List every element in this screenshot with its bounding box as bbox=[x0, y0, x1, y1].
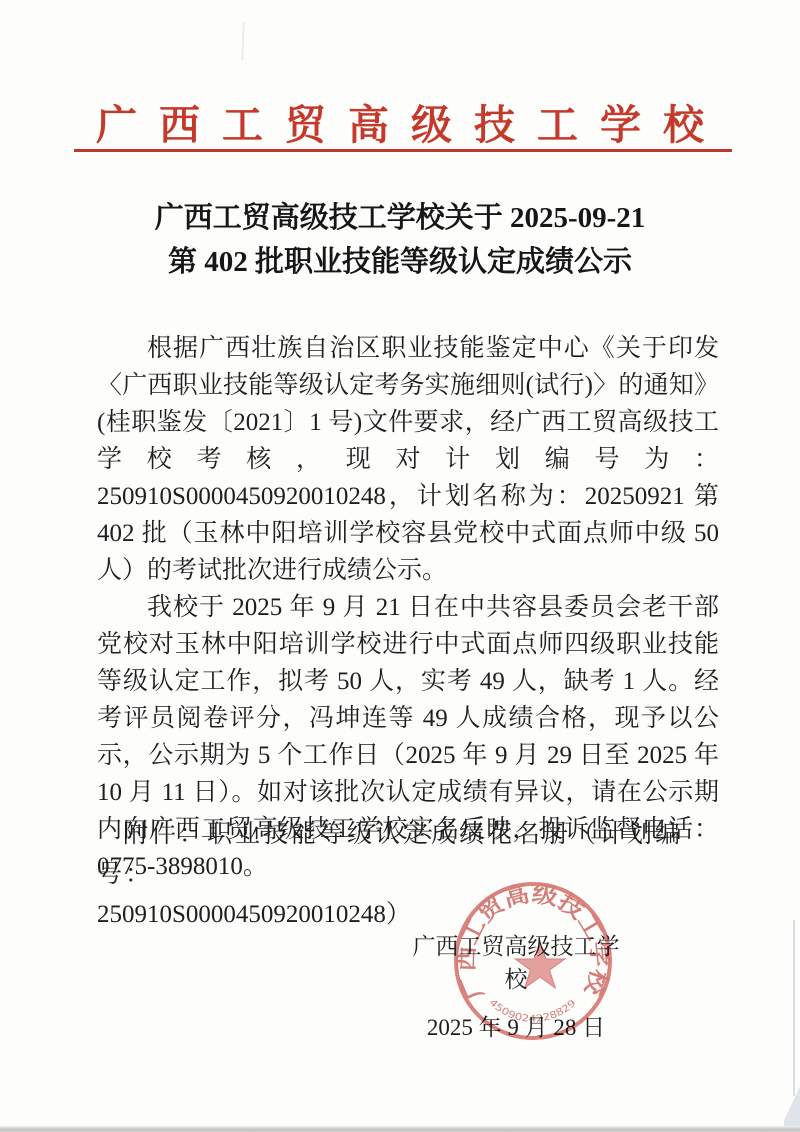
body-paragraph-1: 根据广西壮族自治区职业技能鉴定中心《关于印发〈广西职业技能等级认定考务实施细则(… bbox=[97, 330, 719, 589]
svg-text:4509024228829: 4509024228829 bbox=[487, 997, 579, 1025]
seal-code: 4509024228829 bbox=[487, 997, 579, 1025]
attachment-line1: 附件：职业技能等级认定成绩花名册（计划编号： bbox=[97, 815, 723, 895]
official-seal-stamp: 广西工贸高级技工学校 4509024228829 bbox=[451, 879, 615, 1043]
document-body: 根据广西壮族自治区职业技能鉴定中心《关于印发〈广西职业技能等级认定考务实施细则(… bbox=[97, 330, 719, 885]
scan-right-edge bbox=[793, 920, 795, 1096]
scan-corner-shadow bbox=[784, 1086, 800, 1126]
document-title-line1: 广西工贸高级技工学校关于 2025-09-21 bbox=[0, 196, 800, 240]
svg-text:广西工贸高级技工学校: 广西工贸高级技工学校 bbox=[454, 880, 614, 1003]
masthead-rule bbox=[74, 149, 732, 152]
attachment-note: 附件：职业技能等级认定成绩花名册（计划编号： 250910S0000450920… bbox=[97, 815, 723, 935]
seal-arc-text: 广西工贸高级技工学校 bbox=[454, 880, 614, 1003]
seal-star-icon bbox=[515, 941, 564, 988]
scanned-notice-page: 广西工贸高级技工学校 广西工贸高级技工学校关于 2025-09-21 第 402… bbox=[0, 0, 800, 1132]
document-title-line2: 第 402 批职业技能等级认定成绩公示 bbox=[0, 240, 800, 284]
scan-crease bbox=[241, 22, 244, 60]
scan-bottom-edge bbox=[0, 1126, 800, 1132]
school-masthead: 广西工贸高级技工学校 bbox=[0, 92, 800, 151]
document-title: 广西工贸高级技工学校关于 2025-09-21 第 402 批职业技能等级认定成… bbox=[0, 196, 800, 284]
